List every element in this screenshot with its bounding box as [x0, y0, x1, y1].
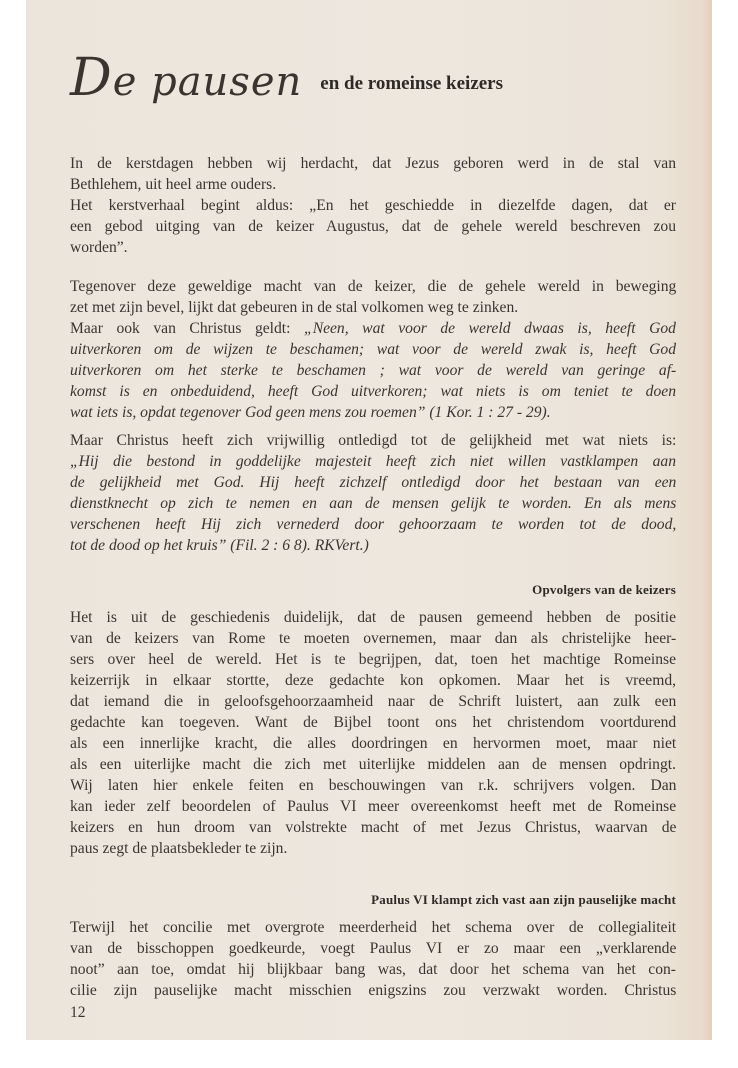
page-title: De pausen en de romeinse keizers: [70, 48, 503, 108]
text-line: Maar ook van Christus geldt: „Neen, wat …: [70, 318, 676, 339]
italic-quote: uitverkoren om de wijzen te beschamen; w…: [70, 341, 676, 358]
section-paulus-body: Terwijl het concilie met overgrote meerd…: [70, 917, 676, 1001]
text-line: In de kerstdagen hebben wij herdacht, da…: [70, 153, 676, 174]
book-page: De pausen en de romeinse keizers In de k…: [26, 0, 712, 1040]
text-line: wat iets is, opdat tegenover God geen me…: [70, 402, 676, 423]
text-line: van de bisschoppen goedkeurde, voegt Pau…: [70, 938, 676, 959]
page-number: 12: [70, 1004, 86, 1022]
text-line: Het is uit de geschiedenis duidelijk, da…: [70, 607, 676, 628]
text-line: paus zegt de plaatsbekleder te zijn.: [70, 838, 676, 859]
section-heading-paulus: Paulus VI klampt zich vast aan zijn paus…: [371, 892, 676, 908]
text-line: uitverkoren om het sterke te beschamen ;…: [70, 360, 676, 381]
title-initial: D: [70, 48, 113, 108]
italic-quote: wat iets is, opdat tegenover God geen me…: [70, 404, 551, 421]
text-line: verschenen heeft Hij zich vernederd door…: [70, 514, 676, 535]
text-line: zet met zijn bevel, lijkt dat gebeuren i…: [70, 297, 676, 318]
text-line: van de keizers van Rome te moeten overne…: [70, 628, 676, 649]
text-line: noot” aan toe, omdat hij blijkbaar bang …: [70, 959, 676, 980]
text-line: uitverkoren om de wijzen te beschamen; w…: [70, 339, 676, 360]
title-script-rest: e pausen: [113, 59, 303, 105]
title-subtitle: en de romeinse keizers: [320, 73, 503, 94]
italic-quote: uitverkoren om het sterke te beschamen ;…: [70, 362, 676, 379]
text-line: cilie zijn pauselijke macht misschien en…: [70, 980, 676, 1001]
section-successors-body: Het is uit de geschiedenis duidelijk, da…: [70, 607, 676, 859]
text-line: sers over heel de wereld. Het is te begr…: [70, 649, 676, 670]
text-line: de gelijkheid met God. Hij heeft zichzel…: [70, 472, 676, 493]
paragraph-philippians-quote: Maar Christus heeft zich vrijwillig ontl…: [70, 430, 676, 556]
text-line: Tegenover deze geweldige macht van de ke…: [70, 276, 676, 297]
italic-quote: dienstknecht op zich te nemen en aan de …: [70, 495, 676, 512]
text-line: een gebod uitging van de keizer Augustus…: [70, 216, 676, 237]
section-heading-successors: Opvolgers van de keizers: [532, 582, 676, 598]
roman-text: Maar Christus heeft zich vrijwillig ontl…: [70, 432, 676, 449]
italic-quote: „Neen, wat voor de wereld dwaas is, heef…: [304, 320, 676, 337]
text-line: worden”.: [70, 237, 676, 258]
paragraph-christmas-story: Het kerstverhaal begint aldus: „En het g…: [70, 195, 676, 258]
text-line: keizerrijk in elkaar stortte, deze gedac…: [70, 670, 676, 691]
text-line: kan ieder zelf beoordelen of Paulus VI m…: [70, 796, 676, 817]
italic-quote: tot de dood op het kruis” (Fil. 2 : 6 8)…: [70, 537, 369, 554]
text-line: dienstknecht op zich te nemen en aan de …: [70, 493, 676, 514]
text-line: Wij laten hier enkele feiten en beschouw…: [70, 775, 676, 796]
paragraph-corinthians-quote: Maar ook van Christus geldt: „Neen, wat …: [70, 318, 676, 423]
text-line: Terwijl het concilie met overgrote meerd…: [70, 917, 676, 938]
text-line: „Hij die bestond in goddelijke majesteit…: [70, 451, 676, 472]
text-line: keizers en hun droom van volstrekte mach…: [70, 817, 676, 838]
text-line: komst is en onbeduidend, heeft God uitve…: [70, 381, 676, 402]
italic-quote: verschenen heeft Hij zich vernederd door…: [70, 516, 676, 533]
text-line: dat iemand die in geloofsgehoorzaamheid …: [70, 691, 676, 712]
paragraph-contrast: Tegenover deze geweldige macht van de ke…: [70, 276, 676, 318]
title-script: De pausen: [70, 59, 302, 105]
italic-quote: „Hij die bestond in goddelijke majesteit…: [70, 453, 676, 470]
italic-quote: de gelijkheid met God. Hij heeft zichzel…: [70, 474, 676, 491]
text-line: Bethlehem, uit heel arme ouders.: [70, 174, 676, 195]
text-line: als een uiterlijke macht die zich met ui…: [70, 754, 676, 775]
italic-quote: komst is en onbeduidend, heeft God uitve…: [70, 383, 676, 400]
text-line: tot de dood op het kruis” (Fil. 2 : 6 8)…: [70, 535, 676, 556]
text-line: gedachte kan toegeven. Want de Bijbel to…: [70, 712, 676, 733]
text-line: Het kerstverhaal begint aldus: „En het g…: [70, 195, 676, 216]
text-line: als een innerlijke kracht, die alles doo…: [70, 733, 676, 754]
text-line: Maar Christus heeft zich vrijwillig ontl…: [70, 430, 676, 451]
paragraph-intro: In de kerstdagen hebben wij herdacht, da…: [70, 153, 676, 195]
roman-text: Maar ook van Christus geldt:: [70, 320, 304, 337]
